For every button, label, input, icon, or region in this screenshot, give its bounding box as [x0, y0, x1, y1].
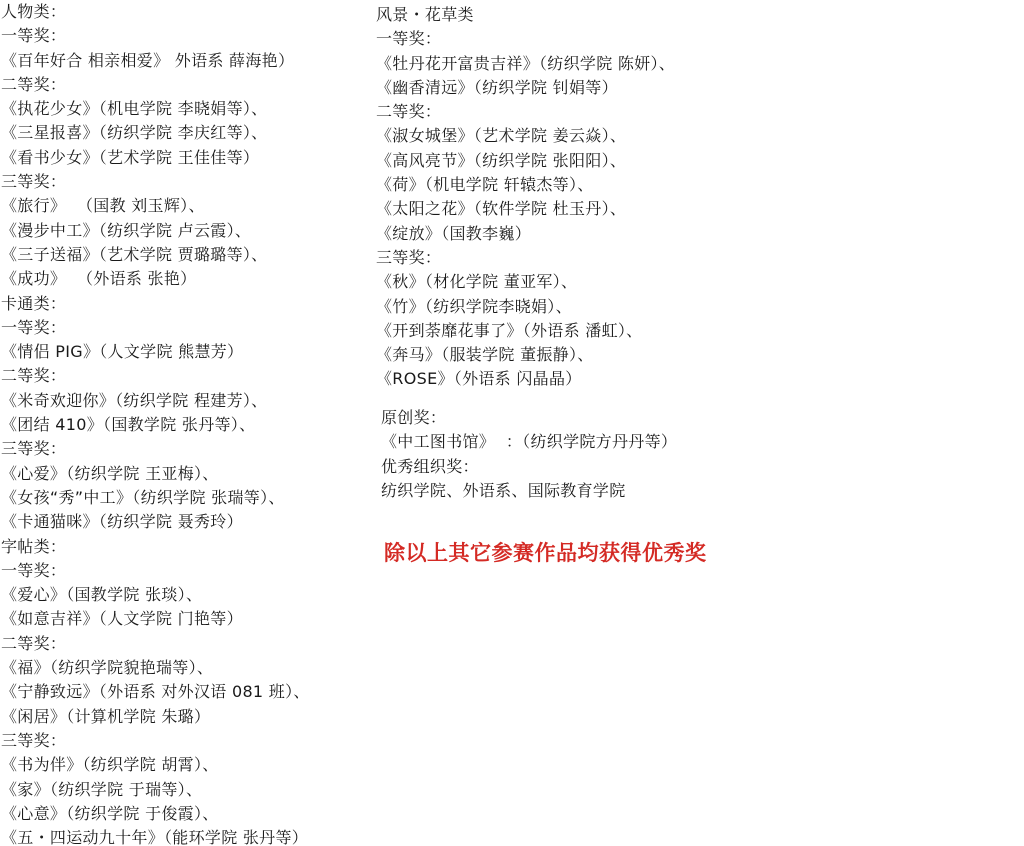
category-heading: 卡通类：: [1, 292, 310, 316]
award-entry: 《心爱》（纺织学院 王亚梅）、: [1, 462, 310, 486]
award-entry: 《ROSE》（外语系 闪晶晶）: [376, 367, 675, 391]
award-entry: 《中工图书馆》 ：（纺织学院方丹丹等）: [381, 430, 677, 454]
award-entry: 《米奇欢迎你》（纺织学院 程建芳）、: [1, 389, 310, 413]
award-entry: 《竹》（纺织学院李晓娟）、: [376, 295, 675, 319]
prize-level-heading: 二等奖：: [1, 364, 310, 388]
award-entry: 《闲居》（计算机学院 朱璐）: [1, 705, 310, 729]
award-entry: 《百年好合 相亲相爱》 外语系 薛海艳）: [1, 49, 310, 73]
right-column: 风景・花草类一等奖：《牡丹花开富贵吉祥》（纺织学院 陈妍）、《幽香清远》（纺织学…: [376, 3, 675, 392]
award-entry: 《淑女城堡》（艺术学院 姜云焱）、: [376, 124, 675, 148]
category-heading: 风景・花草类: [376, 3, 675, 27]
prize-level-heading: 一等奖：: [1, 24, 310, 48]
award-entry: 《爱心》（国教学院 张琰）、: [1, 583, 310, 607]
prize-level-heading: 优秀组织奖：: [381, 455, 677, 479]
prize-level-heading: 三等奖：: [1, 437, 310, 461]
award-entry: 《心意》（纺织学院 于俊霞）、: [1, 802, 310, 826]
award-entry: 《成功》 （外语系 张艳）: [1, 267, 310, 291]
prize-level-heading: 一等奖：: [1, 559, 310, 583]
category-heading: 字帖类：: [1, 535, 310, 559]
award-entry: 《看书少女》（艺术学院 王佳佳等）: [1, 146, 310, 170]
prize-level-heading: 三等奖：: [1, 729, 310, 753]
award-entry: 《开到荼靡花事了》（外语系 潘虹）、: [376, 319, 675, 343]
award-entry: 纺织学院、外语系、国际教育学院: [381, 479, 677, 503]
award-entry: 《秋》（材化学院 董亚军）、: [376, 270, 675, 294]
award-entry: 《牡丹花开富贵吉祥》（纺织学院 陈妍）、: [376, 52, 675, 76]
prize-level-heading: 二等奖：: [376, 100, 675, 124]
award-entry: 《奔马》（服装学院 董振静）、: [376, 343, 675, 367]
award-entry: 《团结 410》（国教学院 张丹等）、: [1, 413, 310, 437]
award-entry: 《执花少女》（机电学院 李晓娟等）、: [1, 97, 310, 121]
prize-level-heading: 三等奖：: [1, 170, 310, 194]
award-entry: 《家》（纺织学院 于瑞等）、: [1, 778, 310, 802]
award-entry: 《女孩“秀”中工》（纺织学院 张瑞等）、: [1, 486, 310, 510]
award-entry: 《旅行》 （国教 刘玉辉）、: [1, 194, 310, 218]
notice-text: 除以上其它参赛作品均获得优秀奖: [384, 537, 707, 567]
prize-level-heading: 一等奖：: [376, 27, 675, 51]
award-entry: 《三子送福》（艺术学院 贾璐璐等）、: [1, 243, 310, 267]
prize-level-heading: 二等奖：: [1, 73, 310, 97]
award-entry: 《绽放》（国教李巍）: [376, 222, 675, 246]
award-entry: 《幽香清远》（纺织学院 钊娟等）: [376, 76, 675, 100]
award-entry: 《情侣 PIG》（人文学院 熊慧芳）: [1, 340, 310, 364]
award-entry: 《书为伴》（纺织学院 胡霄）、: [1, 753, 310, 777]
award-entry: 《太阳之花》（软件学院 杜玉丹）、: [376, 197, 675, 221]
award-entry: 《宁静致远》（外语系 对外汉语 081 班）、: [1, 680, 310, 704]
extra-awards-section: 原创奖：《中工图书馆》 ：（纺织学院方丹丹等）优秀组织奖：纺织学院、外语系、国际…: [381, 406, 677, 503]
prize-level-heading: 一等奖：: [1, 316, 310, 340]
award-entry: 《如意吉祥》（人文学院 门艳等）: [1, 607, 310, 631]
award-entry: 《高风亮节》（纺织学院 张阳阳）、: [376, 149, 675, 173]
prize-level-heading: 原创奖：: [381, 406, 677, 430]
award-entry: 《福》（纺织学院貌艳瑞等）、: [1, 656, 310, 680]
category-heading: 人物类：: [1, 0, 310, 24]
prize-level-heading: 二等奖：: [1, 632, 310, 656]
award-entry: 《五・四运动九十年》（能环学院 张丹等）: [1, 826, 310, 846]
award-entry: 《卡通猫咪》（纺织学院 聂秀玲）: [1, 510, 310, 534]
award-entry: 《荷》（机电学院 轩辕杰等）、: [376, 173, 675, 197]
award-entry: 《三星报喜》（纺织学院 李庆红等）、: [1, 121, 310, 145]
prize-level-heading: 三等奖：: [376, 246, 675, 270]
left-column: 人物类：一等奖：《百年好合 相亲相爱》 外语系 薛海艳）二等奖：《执花少女》（机…: [1, 0, 310, 846]
award-entry: 《漫步中工》（纺织学院 卢云霞）、: [1, 219, 310, 243]
